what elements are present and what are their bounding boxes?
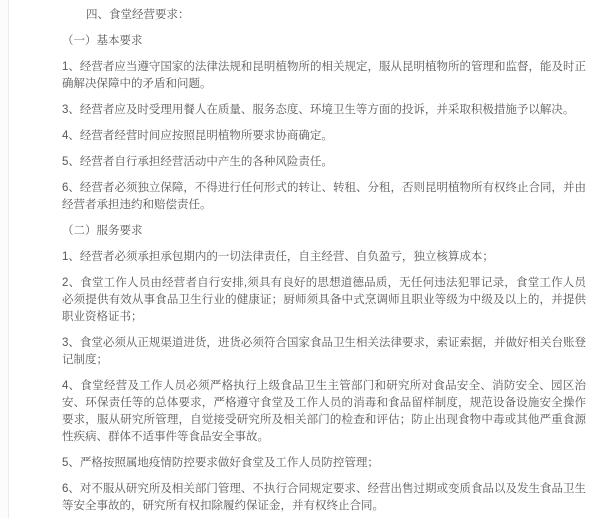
clause-paragraph: 5、经营者自行承担经营活动中产生的各种风险责任。 [62,154,586,171]
clause-paragraph: 5、严格按照属地疫情防控要求做好食堂及工作人员防控管理； [62,455,586,472]
clause-paragraph: 6、经营者必须独立保障，不得进行任何形式的转让、转租、分租，否则昆明植物所有权终… [62,180,586,214]
clause-paragraph: 2、食堂工作人员由经营者自行安排,须具有良好的思想道德品质，无任何违法犯罪记录，… [62,275,586,326]
clause-paragraph: 4、经营者经营时间应按照昆明植物所要求协商确定。 [62,128,586,145]
document-page: 四、食堂经营要求： （一）基本要求1、经营者应当遵守国家的法律法规和昆明植物所的… [8,0,600,518]
document-viewport: 四、食堂经营要求： （一）基本要求1、经营者应当遵守国家的法律法规和昆明植物所的… [0,0,600,518]
clause-paragraph: 6、对不服从研究所及相关部门管理、不执行合同规定要求、经营出售过期或变质食品以及… [62,481,586,515]
clause-paragraph: 1、经营者应当遵守国家的法律法规和昆明植物所的相关规定，服从昆明植物所的管理和监… [62,59,586,93]
section-heading-2: （二）服务要求 [62,223,586,240]
document-title: 四、食堂经营要求： [62,7,586,24]
clause-paragraph: 3、经营者应及时受理用餐人在质量、服务态度、环境卫生等方面的投诉，并采取积极措施… [62,102,586,119]
sections: （一）基本要求1、经营者应当遵守国家的法律法规和昆明植物所的相关规定，服从昆明植… [62,33,586,515]
section-heading-1: （一）基本要求 [62,33,586,50]
clause-paragraph: 4、食堂经营及工作人员必须严格执行上级食品卫生主管部门和研究所对食品安全、消防安… [62,378,586,446]
clause-paragraph: 3、食堂必须从正规渠道进货，进货必须符合国家食品卫生相关法律要求，索证索据，并做… [62,335,586,369]
clause-paragraph: 1、经营者必须承担承包期内的一切法律责任，自主经营、自负盈亏，独立核算成本； [62,249,586,266]
